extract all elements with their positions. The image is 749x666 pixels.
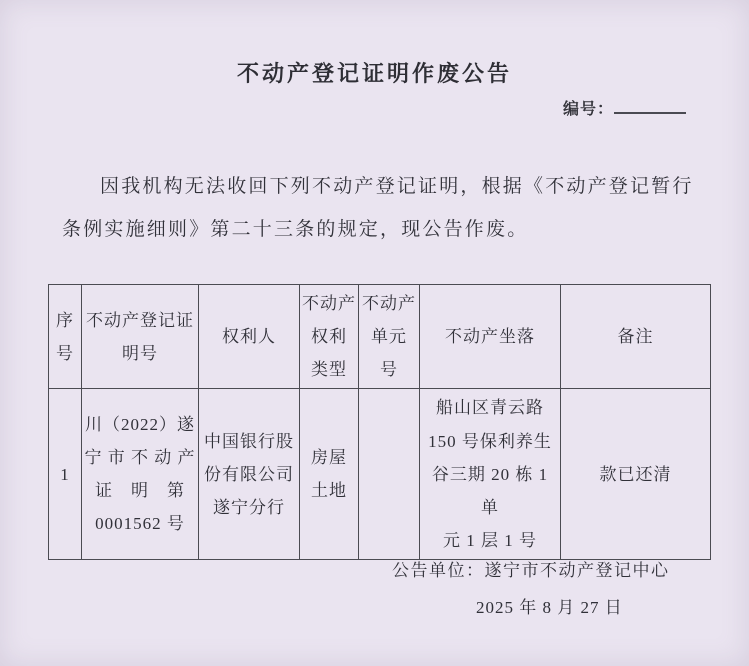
cell-unit-no	[359, 389, 420, 560]
table-row: 1 川（2022）遂 宁 市 不 动 产 证 明 第 0001562 号 中国银…	[49, 389, 711, 560]
document-number-blank	[614, 97, 686, 114]
header-holder: 权利人	[199, 285, 300, 389]
cell-seq: 1	[49, 389, 82, 560]
header-right-type: 不动产 权利 类型	[300, 285, 359, 389]
announcing-unit-line: 公告单位：遂宁市不动产登记中心	[392, 556, 670, 581]
header-unit-no: 不动产 单元 号	[359, 285, 420, 389]
header-location: 不动产坐落	[420, 285, 561, 389]
cell-holder: 中国银行股 份有限公司 遂宁分行	[199, 389, 300, 560]
page-title: 不动产登记证明作废公告	[0, 57, 749, 88]
cell-cert-no: 川（2022）遂 宁 市 不 动 产 证 明 第 0001562 号	[82, 389, 199, 560]
invalidated-certificates-table: 序 号 不动产登记证 明号 权利人 不动产 权利 类型 不动产 单元 号 不动产…	[48, 284, 711, 560]
notice-body-paragraph: 因我机构无法收回下列不动产登记证明，根据《不动产登记暂行 条例实施细则》第二十三…	[62, 166, 698, 252]
cell-location: 船山区青云路 150 号保利养生 谷三期 20 栋 1 单 元 1 层 1 号	[420, 389, 561, 560]
table-header-row: 序 号 不动产登记证 明号 权利人 不动产 权利 类型 不动产 单元 号 不动产…	[49, 285, 711, 389]
header-note: 备注	[561, 285, 711, 389]
header-cert-no: 不动产登记证 明号	[82, 285, 199, 389]
cell-right-type: 房屋 土地	[300, 389, 359, 560]
document-number-label: 编号：	[563, 101, 614, 118]
announcement-date: 2025 年 8 月 27 日	[476, 593, 623, 618]
cell-note: 款已还清	[561, 389, 711, 560]
document-number-line: 编号：	[563, 96, 686, 119]
header-seq: 序 号	[49, 285, 82, 389]
scanned-notice-page: 不动产登记证明作废公告 编号： 因我机构无法收回下列不动产登记证明，根据《不动产…	[0, 0, 749, 666]
